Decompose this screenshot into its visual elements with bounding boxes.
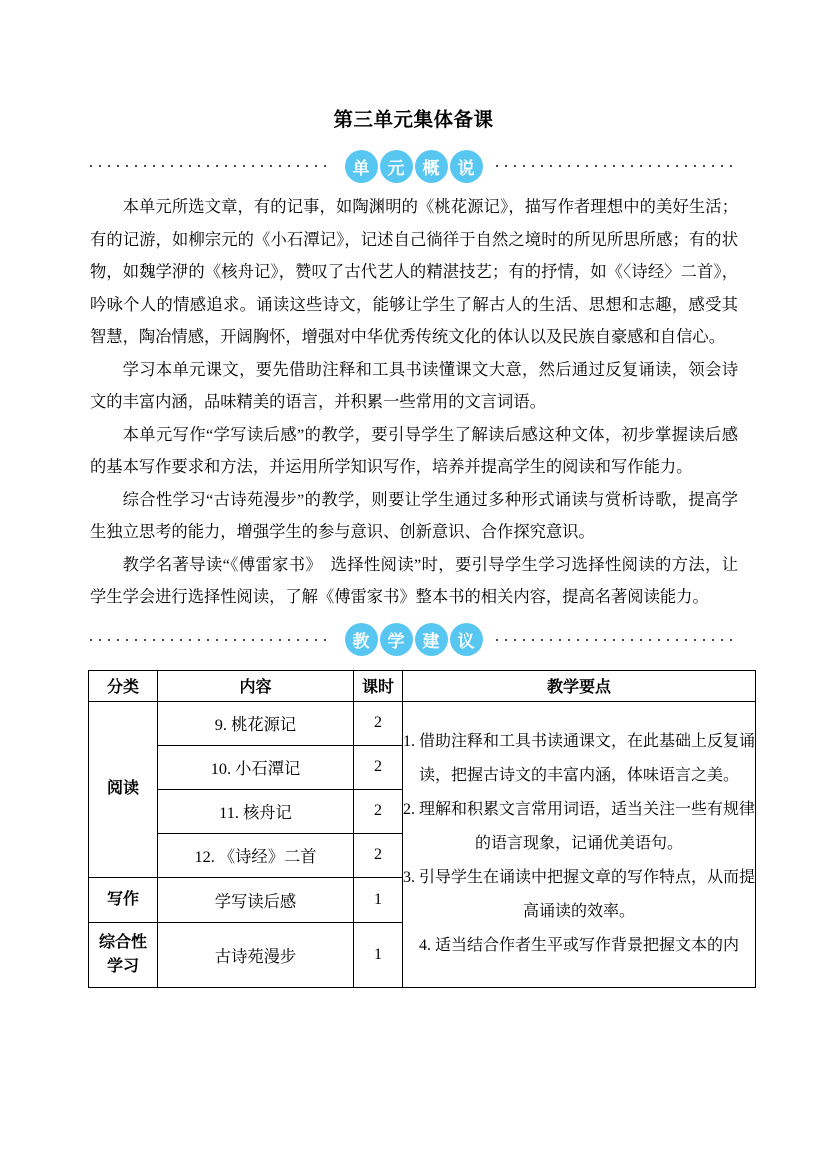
document-page: 第三单元集体备课 单 元 概 说 本单元所选文章，有的记事，如陶渊明的《桃花源记… xyxy=(0,0,827,1169)
page-title: 第三单元集体备课 xyxy=(0,0,827,132)
column-header-category: 分类 xyxy=(89,670,158,701)
overview-badge-char-icon: 单 xyxy=(345,150,378,183)
column-header-hours: 课时 xyxy=(354,670,403,701)
column-header-points: 教学要点 xyxy=(403,670,756,701)
overview-paragraph: 综合性学习“古诗苑漫步”的教学，则要让学生通过多种形式诵读与赏析诗歌，提高学生独… xyxy=(90,484,738,549)
overview-paragraph: 本单元所选文章，有的记事，如陶渊明的《桃花源记》，描写作者理想中的美好生活；有的… xyxy=(90,191,738,354)
overview-badge-char-icon: 概 xyxy=(415,150,448,183)
overview-badge-char-icon: 说 xyxy=(450,150,483,183)
dotted-rule-left xyxy=(90,165,332,167)
hours-cell: 2 xyxy=(354,789,403,833)
teaching-point: 3. 引导学生在诵读中把握文章的写作特点，从而提高诵读的效率。 xyxy=(403,861,755,929)
suggestions-badge-char-icon: 建 xyxy=(415,623,448,656)
content-cell: 11. 核舟记 xyxy=(158,789,354,833)
teaching-points-cell: 1. 借助注释和工具书读通课文，在此基础上反复诵读，把握古诗文的丰富内涵，体味语… xyxy=(403,701,756,987)
content-cell: 9. 桃花源记 xyxy=(158,701,354,745)
content-cell: 10. 小石潭记 xyxy=(158,745,354,789)
overview-paragraph: 教学名著导读“《傅雷家书》 选择性阅读”时，要引导学生学习选择性阅读的方法，让学… xyxy=(90,549,738,614)
column-header-content: 内容 xyxy=(158,670,354,701)
content-cell: 古诗苑漫步 xyxy=(158,922,354,987)
dotted-rule-right xyxy=(496,165,738,167)
hours-cell: 2 xyxy=(354,745,403,789)
category-cell-reading: 阅读 xyxy=(89,701,158,877)
section-header-overview: 单 元 概 说 xyxy=(90,148,737,184)
hours-cell: 2 xyxy=(354,833,403,877)
dotted-rule-left xyxy=(90,639,332,641)
suggestions-badge: 教 学 建 议 xyxy=(344,623,484,656)
suggestions-badge-char-icon: 教 xyxy=(345,623,378,656)
overview-paragraph: 本单元写作“学写读后感”的教学，要引导学生了解读后感这种文体，初步掌握读后感的基… xyxy=(90,419,738,484)
hours-cell: 1 xyxy=(354,877,403,922)
table-row: 阅读 9. 桃花源记 2 1. 借助注释和工具书读通课文，在此基础上反复诵读，把… xyxy=(89,701,756,745)
teaching-point: 4. 适当结合作者生平或写作背景把握文本的内 xyxy=(403,929,755,963)
category-cell-writing: 写作 xyxy=(89,877,158,922)
suggestions-badge-char-icon: 议 xyxy=(450,623,483,656)
content-cell: 12. 《诗经》二首 xyxy=(158,833,354,877)
teaching-point: 2. 理解和积累文言常用词语，适当关注一些有规律的语言现象，记诵优美语句。 xyxy=(403,793,755,861)
teaching-plan-table: 分类 内容 课时 教学要点 阅读 9. 桃花源记 2 1. 借助注释和工具书读通… xyxy=(88,670,756,988)
overview-paragraph: 学习本单元课文，要先借助注释和工具书读懂课文大意，然后通过反复诵读，领会诗文的丰… xyxy=(90,354,738,419)
hours-cell: 1 xyxy=(354,922,403,987)
overview-section-text: 本单元所选文章，有的记事，如陶渊明的《桃花源记》，描写作者理想中的美好生活；有的… xyxy=(90,191,738,614)
content-cell: 学写读后感 xyxy=(158,877,354,922)
overview-badge: 单 元 概 说 xyxy=(344,150,484,183)
category-cell-comprehensive: 综合性 学习 xyxy=(89,922,158,987)
teaching-point: 1. 借助注释和工具书读通课文，在此基础上反复诵读，把握古诗文的丰富内涵，体味语… xyxy=(403,725,755,793)
hours-cell: 2 xyxy=(354,701,403,745)
section-header-suggestions: 教 学 建 议 xyxy=(90,622,737,658)
dotted-rule-right xyxy=(496,639,738,641)
table-header-row: 分类 内容 课时 教学要点 xyxy=(89,670,756,701)
suggestions-badge-char-icon: 学 xyxy=(380,623,413,656)
overview-badge-char-icon: 元 xyxy=(380,150,413,183)
